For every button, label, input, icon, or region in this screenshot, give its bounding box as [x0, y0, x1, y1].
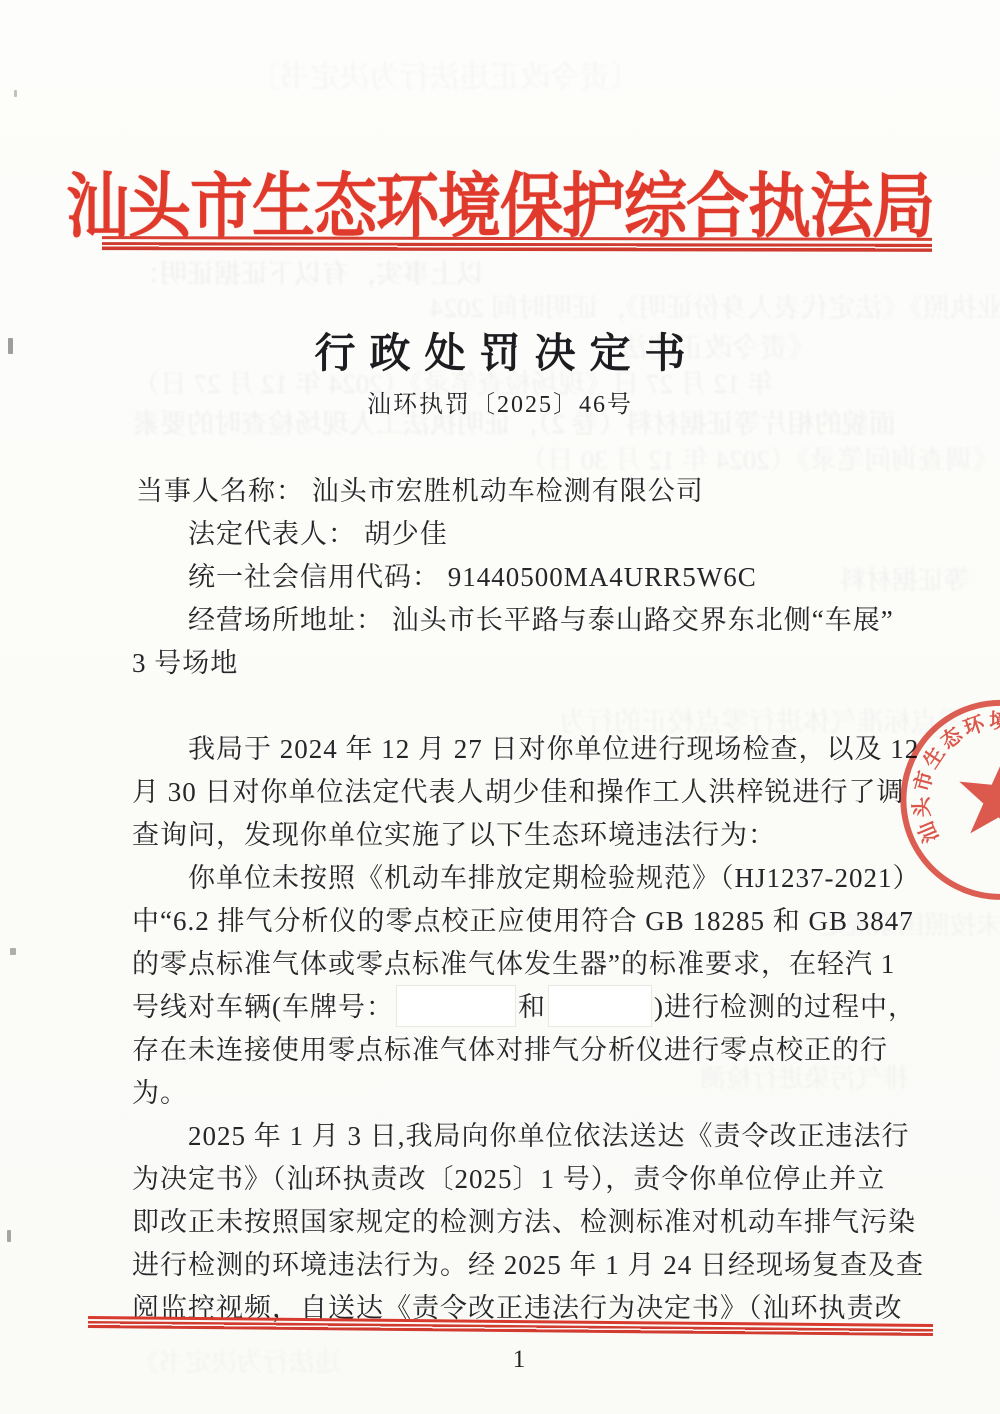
- document-text-line: 为。: [132, 1072, 894, 1115]
- document-number: 汕环执罚〔2025〕46号: [0, 384, 1000, 419]
- text-segment: )进行检测的过程中，: [654, 992, 916, 1022]
- document-title: 行政处罚决定书: [0, 320, 1000, 379]
- document-text-line: 当事人名称： 汕头市宏胜机动车检测有限公司: [132, 470, 894, 513]
- document-text-line: 你单位未按照《机动车排放定期检验规范》（HJ1237-2021）: [132, 857, 894, 900]
- document-text-line: 3 号场地: [132, 642, 894, 685]
- scan-artifact: [8, 338, 13, 354]
- document-text-line: 2025 年 1 月 3 日,我局向你单位依法送达《责令改正违法行: [132, 1115, 894, 1158]
- document-text-line: 经营场所地址： 汕头市长平路与泰山路交界东北侧“车展”: [132, 599, 894, 642]
- document-text-line: 存在未连接使用零点标准气体对排气分析仪进行零点校正的行: [132, 1029, 894, 1072]
- document-text-line: 统一社会信用代码： 91440500MA4URR5W6C: [132, 556, 894, 599]
- text-segment: 和: [518, 992, 546, 1022]
- document-text-line: 月 30 日对你单位法定代表人胡少佳和操作工人洪梓锐进行了调: [132, 771, 894, 814]
- blank-line: [132, 685, 894, 728]
- document-text-line: 法定代表人： 胡少佳: [132, 513, 894, 556]
- document-text-line: 为决定书》（汕环执责改〔2025〕1 号），责令你单位停止并立: [132, 1158, 894, 1201]
- document-text-line: 我局于 2024 年 12 月 27 日对你单位进行现场检查，以及 12: [132, 728, 894, 771]
- scan-artifact: [14, 90, 17, 97]
- text-segment: 号线对车辆(车牌号：: [132, 992, 394, 1022]
- document-body: 当事人名称： 汕头市宏胜机动车检测有限公司法定代表人： 胡少佳统一社会信用代码：…: [132, 470, 894, 1330]
- scan-artifact: [10, 948, 16, 955]
- redaction-whiteout-box: [397, 986, 515, 1026]
- page-number: 1: [0, 1346, 1000, 1374]
- bleedthrough-ghost-text: 〔责令改正违法行为决定书〕: [250, 52, 640, 96]
- document-text-line: 即改正未按照国家规定的检测方法、检测标准对机动车排气污染: [132, 1201, 894, 1244]
- document-text-line: 查询问，发现你单位实施了以下生态环境违法行为：: [132, 814, 894, 857]
- document-text-line: 进行检测的环境违法行为。经 2025 年 1 月 24 日经现场复查及查: [132, 1244, 894, 1287]
- seal-star-icon: [954, 751, 1000, 841]
- scanned-penalty-decision-page: 〔责令改正违法行为决定书〕以上事实，有以下证据证明：1.《营业执照》《法定代表人…: [0, 0, 1000, 1414]
- document-text-line: 中“6.2 排气分析仪的零点校正应使用符合 GB 18285 和 GB 3847: [132, 900, 894, 943]
- document-text-line: 的零点标准气体或零点标准气体发生器”的标准要求，在轻汽 1: [132, 943, 894, 986]
- redaction-whiteout-box: [549, 986, 651, 1026]
- letterhead-rule: [102, 236, 932, 252]
- document-text-line: 号线对车辆(车牌号：和)进行检测的过程中，: [132, 986, 894, 1029]
- letterhead-rule-thin-line: [102, 236, 932, 241]
- scan-artifact: [7, 1230, 11, 1242]
